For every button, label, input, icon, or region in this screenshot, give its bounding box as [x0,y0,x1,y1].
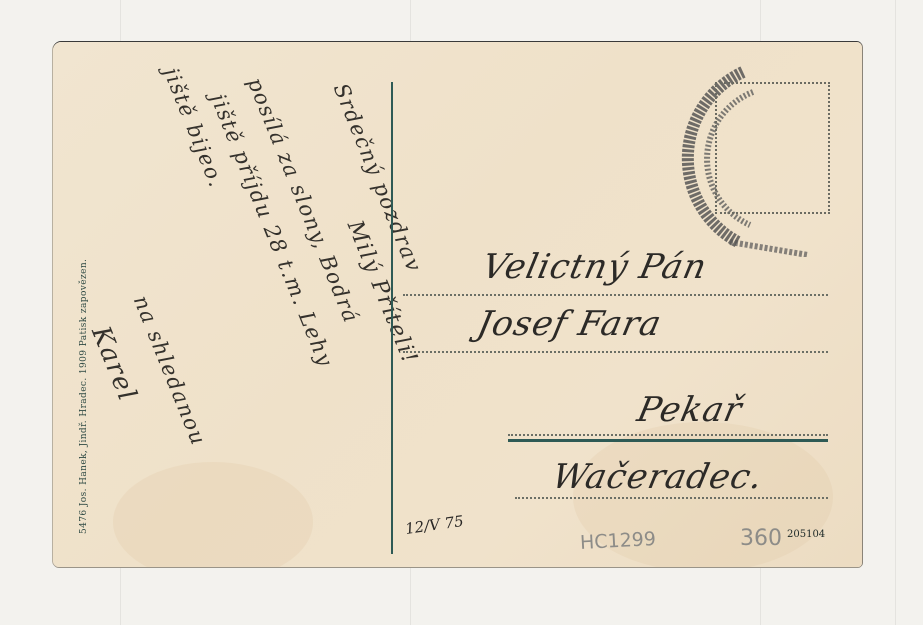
address-rule [508,434,828,436]
pencil-price: 360 [740,526,782,551]
address-rule [515,497,828,499]
pencil-catalog-code: HC1299 [579,528,656,554]
address-line-4: Wačeradec. [549,457,767,497]
postcard-back: 5476 Jos. Hanek, Jindř. Hradec. 1909 Pat… [53,42,862,567]
ink-date-note: 12/V 75 [404,512,465,538]
serial-number: 205104 [787,529,825,540]
address-line-2: Josef Fara [474,304,666,344]
stamp-box [715,82,830,214]
message-line: na shledanou [129,292,211,449]
address-line-3: Pekař [634,390,746,430]
message-line: Srdečný pozdrav [329,80,427,276]
address-rule [403,294,828,296]
printer-imprint: 5476 Jos. Hanek, Jindř. Hradec. 1909 Pat… [79,259,89,534]
address-line-1: Velictný Pán [479,247,711,287]
address-rule [403,351,828,353]
paper-stain [113,462,313,567]
vertical-divider [391,82,393,554]
address-solid-rule [508,439,828,442]
signature: Karel [85,322,142,406]
